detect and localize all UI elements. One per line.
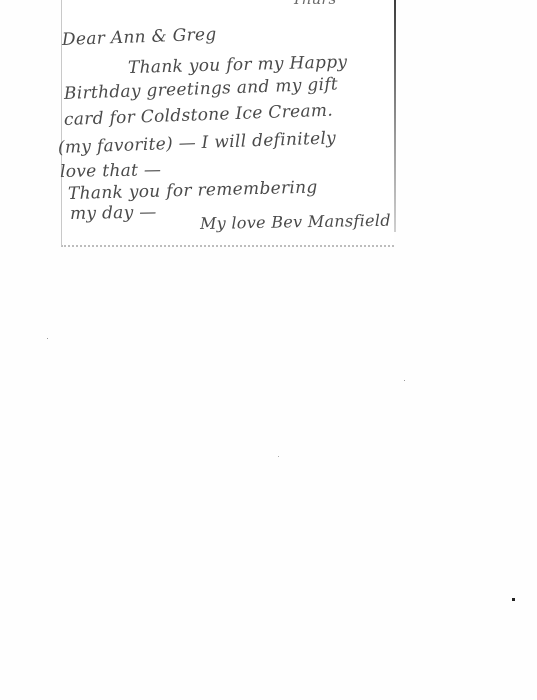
- body-line-2: Birthday greetings and my gift: [64, 74, 339, 104]
- body-line-1: Thank you for my Happy: [128, 52, 348, 78]
- body-line-5: love that —: [60, 160, 162, 182]
- scanned-page: Thurs Dear Ann & Greg Thank you for my H…: [0, 0, 537, 700]
- scan-speck: [404, 380, 405, 381]
- note-card: Thurs Dear Ann & Greg Thank you for my H…: [61, 0, 394, 247]
- scan-speck: [278, 456, 279, 457]
- body-line-4: (my favorite) — I will definitely: [58, 128, 337, 158]
- scan-speck: [47, 338, 48, 339]
- body-line-3: card for Coldstone Ice Cream.: [64, 101, 334, 130]
- closing-signature: My love Bev Mansfield: [200, 211, 391, 233]
- body-line-7: my day —: [70, 202, 157, 224]
- corner-note: Thurs: [292, 0, 336, 8]
- body-line-6: Thank you for remembering: [68, 177, 318, 204]
- scan-speck: [512, 598, 515, 601]
- salutation: Dear Ann & Greg: [62, 25, 217, 50]
